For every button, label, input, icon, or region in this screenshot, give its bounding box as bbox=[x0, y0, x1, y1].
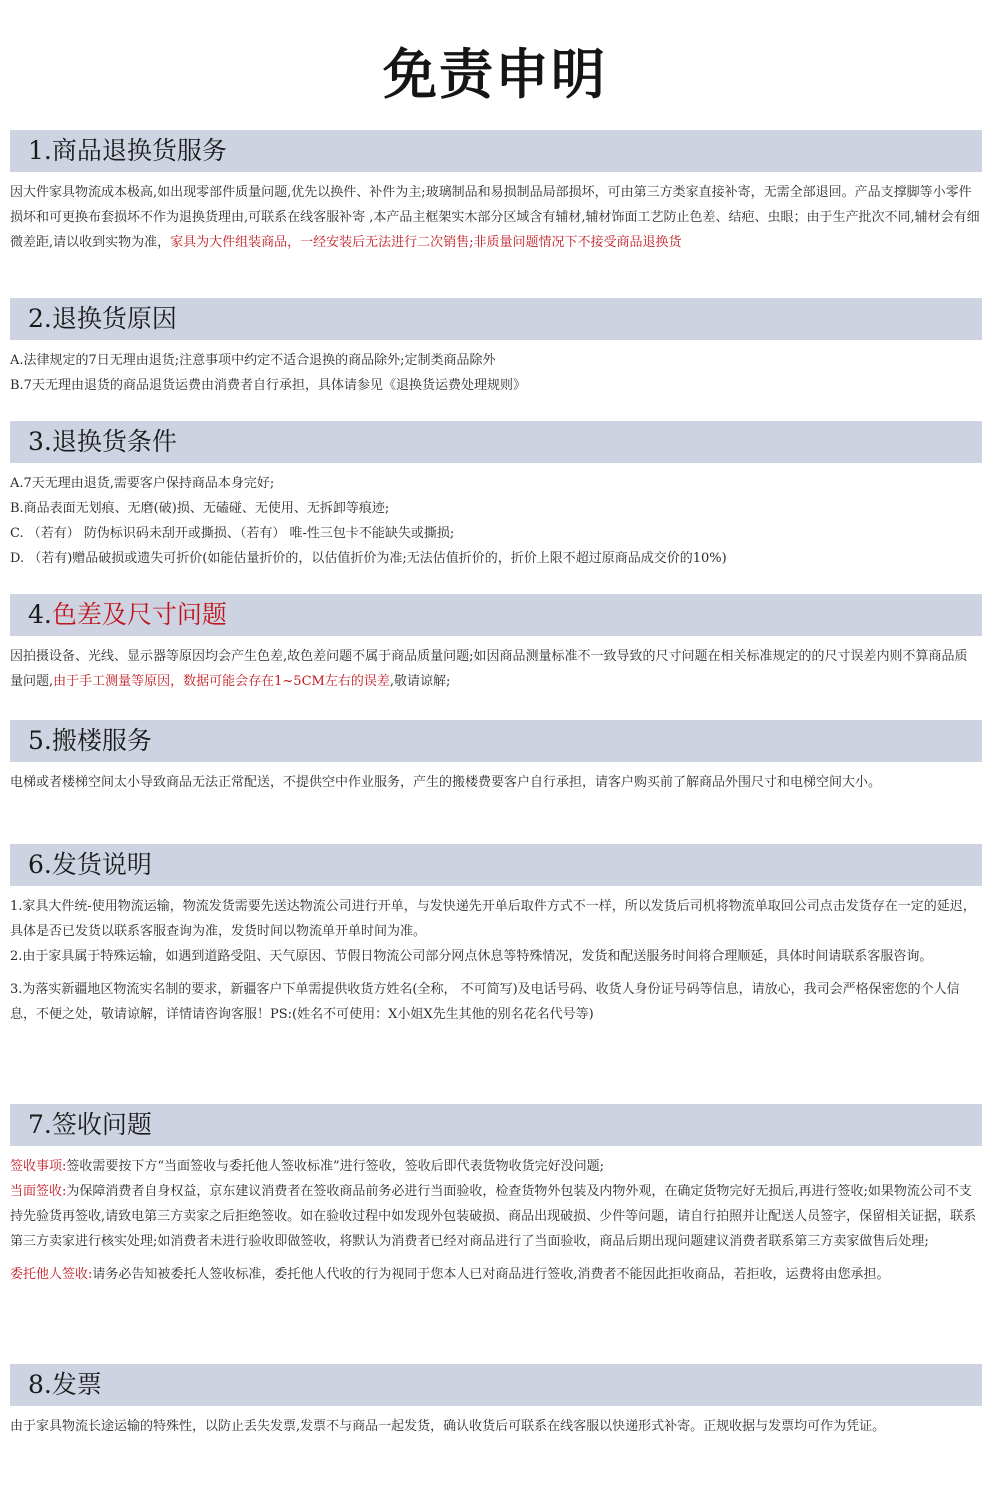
section-title-text: 搬楼服务 bbox=[52, 726, 152, 755]
section-header: 2.退换货原因 bbox=[10, 298, 982, 340]
paragraph-text: ,敬请谅解; bbox=[390, 674, 451, 689]
paragraph-text: 请务必告知被委托人签收标准，委托他人代收的行为视同于您本人已对商品进行签收,消费… bbox=[92, 1267, 889, 1282]
section-title: 8.发票 bbox=[28, 1364, 102, 1406]
section-title-text: 发货说明 bbox=[52, 850, 152, 879]
paragraph: A.法律规定的7日无理由退货;注意事项中约定不适合退换的商品除外;定制类商品除外 bbox=[10, 348, 980, 373]
paragraph: 当面签收:为保障消费者自身权益，京东建议消费者在签收商品前务必进行当面验收，检查… bbox=[10, 1179, 980, 1254]
section-invoice: 8.发票 由于家具物流长途运输的特殊性，以防止丢失发票,发票不与商品一起发货，确… bbox=[0, 1364, 990, 1439]
section-color-size-issues: 4.色差及尺寸问题 因拍摄设备、光线、显示器等原因均会产生色差,故色差问题不属于… bbox=[0, 594, 990, 694]
section-title: 4.色差及尺寸问题 bbox=[28, 594, 227, 636]
section-header: 1.商品退换货服务 bbox=[10, 130, 982, 172]
section-title-text: 签收问题 bbox=[52, 1110, 152, 1139]
section-number: 4. bbox=[28, 600, 52, 629]
section-body: 电梯或者楼梯空间太小导致商品无法正常配送，不提供空中作业服务，产生的搬楼费要客户… bbox=[0, 762, 990, 795]
section-return-conditions: 3.退换货条件 A.7天无理由退货,需要客户保持商品本身完好; B.商品表面无划… bbox=[0, 421, 990, 571]
section-number: 2. bbox=[28, 304, 52, 333]
paragraph-text: 为保障消费者自身权益，京东建议消费者在签收商品前务必进行当面验收，检查货物外包装… bbox=[10, 1184, 976, 1249]
paragraph-label: 签收事项: bbox=[10, 1159, 66, 1174]
paragraph: 1.家具大件统-使用物流运输，物流发货需要先送达物流公司进行开单，与发快递先开单… bbox=[10, 894, 980, 944]
section-number: 3. bbox=[28, 427, 52, 456]
section-title-text: 色差及尺寸问题 bbox=[52, 600, 227, 629]
section-header: 4.色差及尺寸问题 bbox=[10, 594, 982, 636]
section-delivery-acceptance: 7.签收问题 签收事项:签收需要按下方“当面签收与委托他人签收标准”进行签收，签… bbox=[0, 1104, 990, 1287]
section-body: 因拍摄设备、光线、显示器等原因均会产生色差,故色差问题不属于商品质量问题;如因商… bbox=[0, 636, 990, 694]
section-stair-carrying-service: 5.搬楼服务 电梯或者楼梯空间太小导致商品无法正常配送，不提供空中作业服务，产生… bbox=[0, 720, 990, 795]
section-body: 签收事项:签收需要按下方“当面签收与委托他人签收标准”进行签收，签收后即代表货物… bbox=[0, 1146, 990, 1287]
paragraph: 委托他人签收:请务必告知被委托人签收标准，委托他人代收的行为视同于您本人已对商品… bbox=[10, 1262, 980, 1287]
section-title-text: 退换货原因 bbox=[52, 304, 177, 333]
paragraph: 3.为落实新疆地区物流实名制的要求，新疆客户下单需提供收货方姓名(全称， 不可简… bbox=[10, 977, 980, 1027]
section-title: 3.退换货条件 bbox=[28, 421, 177, 463]
paragraph: 签收事项:签收需要按下方“当面签收与委托他人签收标准”进行签收，签收后即代表货物… bbox=[10, 1154, 980, 1179]
section-header: 5.搬楼服务 bbox=[10, 720, 982, 762]
paragraph: 因大件家具物流成本极高,如出现零部件质量问题,优先以换件、补件为主;玻璃制品和易… bbox=[10, 180, 980, 255]
paragraph: B.7天无理由退货的商品退货运费由消费者自行承担，具体请参见《退换货运费处理规则… bbox=[10, 373, 980, 398]
section-title: 6.发货说明 bbox=[28, 844, 152, 886]
section-number: 7. bbox=[28, 1110, 52, 1139]
paragraph: 由于家具物流长途运输的特殊性，以防止丢失发票,发票不与商品一起发货，确认收货后可… bbox=[10, 1414, 980, 1439]
paragraph-highlight: 由于手工测量等原因，数据可能会存在1~5CM左右的误差 bbox=[53, 674, 390, 689]
paragraph-label: 当面签收: bbox=[10, 1184, 66, 1199]
section-body: A.7天无理由退货,需要客户保持商品本身完好; B.商品表面无划痕、无磨(破)损… bbox=[0, 463, 990, 571]
section-header: 6.发货说明 bbox=[10, 844, 982, 886]
section-body: 1.家具大件统-使用物流运输，物流发货需要先送达物流公司进行开单，与发快递先开单… bbox=[0, 886, 990, 1027]
paragraph: 电梯或者楼梯空间太小导致商品无法正常配送，不提供空中作业服务，产生的搬楼费要客户… bbox=[10, 770, 980, 795]
section-body: 由于家具物流长途运输的特殊性，以防止丢失发票,发票不与商品一起发货，确认收货后可… bbox=[0, 1406, 990, 1439]
section-return-exchange-service: 1.商品退换货服务 因大件家具物流成本极高,如出现零部件质量问题,优先以换件、补… bbox=[0, 130, 990, 255]
section-title-text: 发票 bbox=[52, 1370, 102, 1399]
section-shipping-notes: 6.发货说明 1.家具大件统-使用物流运输，物流发货需要先送达物流公司进行开单，… bbox=[0, 844, 990, 1027]
paragraph-label: 委托他人签收: bbox=[10, 1267, 92, 1282]
section-number: 6. bbox=[28, 850, 52, 879]
section-number: 8. bbox=[28, 1370, 52, 1399]
section-body: 因大件家具物流成本极高,如出现零部件质量问题,优先以换件、补件为主;玻璃制品和易… bbox=[0, 172, 990, 255]
paragraph: 2.由于家具属于特殊运输，如遇到道路受阻、天气原因、节假日物流公司部分网点休息等… bbox=[10, 944, 980, 969]
paragraph: D. （若有)赠品破损或遗失可折价(如能估量折价的，以估值折价为准;无法估值折价… bbox=[10, 546, 980, 571]
paragraph: 因拍摄设备、光线、显示器等原因均会产生色差,故色差问题不属于商品质量问题;如因商… bbox=[10, 644, 980, 694]
paragraph-text: 签收需要按下方“当面签收与委托他人签收标准”进行签收，签收后即代表货物收货完好没… bbox=[66, 1159, 604, 1174]
paragraph: B.商品表面无划痕、无磨(破)损、无磕碰、无使用、无拆卸等痕迹; bbox=[10, 496, 980, 521]
section-title-text: 商品退换货服务 bbox=[52, 136, 227, 165]
section-number: 5. bbox=[28, 726, 52, 755]
paragraph-highlight: 家具为大件组装商品，一经安装后无法进行二次销售;非质量问题情况下不接受商品退换货 bbox=[170, 235, 681, 250]
page-title: 免责申明 bbox=[0, 40, 990, 110]
section-number: 1. bbox=[28, 136, 52, 165]
section-body: A.法律规定的7日无理由退货;注意事项中约定不适合退换的商品除外;定制类商品除外… bbox=[0, 340, 990, 398]
paragraph: A.7天无理由退货,需要客户保持商品本身完好; bbox=[10, 471, 980, 496]
section-title-text: 退换货条件 bbox=[52, 427, 177, 456]
section-title: 2.退换货原因 bbox=[28, 298, 177, 340]
section-title: 5.搬楼服务 bbox=[28, 720, 152, 762]
section-title: 1.商品退换货服务 bbox=[28, 130, 227, 172]
paragraph: C. （若有） 防伪标识码未刮开或撕损、（若有） 唯-性三包卡不能缺失或撕损; bbox=[10, 521, 980, 546]
section-title: 7.签收问题 bbox=[28, 1104, 152, 1146]
section-return-reasons: 2.退换货原因 A.法律规定的7日无理由退货;注意事项中约定不适合退换的商品除外… bbox=[0, 298, 990, 398]
section-header: 7.签收问题 bbox=[10, 1104, 982, 1146]
section-header: 3.退换货条件 bbox=[10, 421, 982, 463]
section-header: 8.发票 bbox=[10, 1364, 982, 1406]
